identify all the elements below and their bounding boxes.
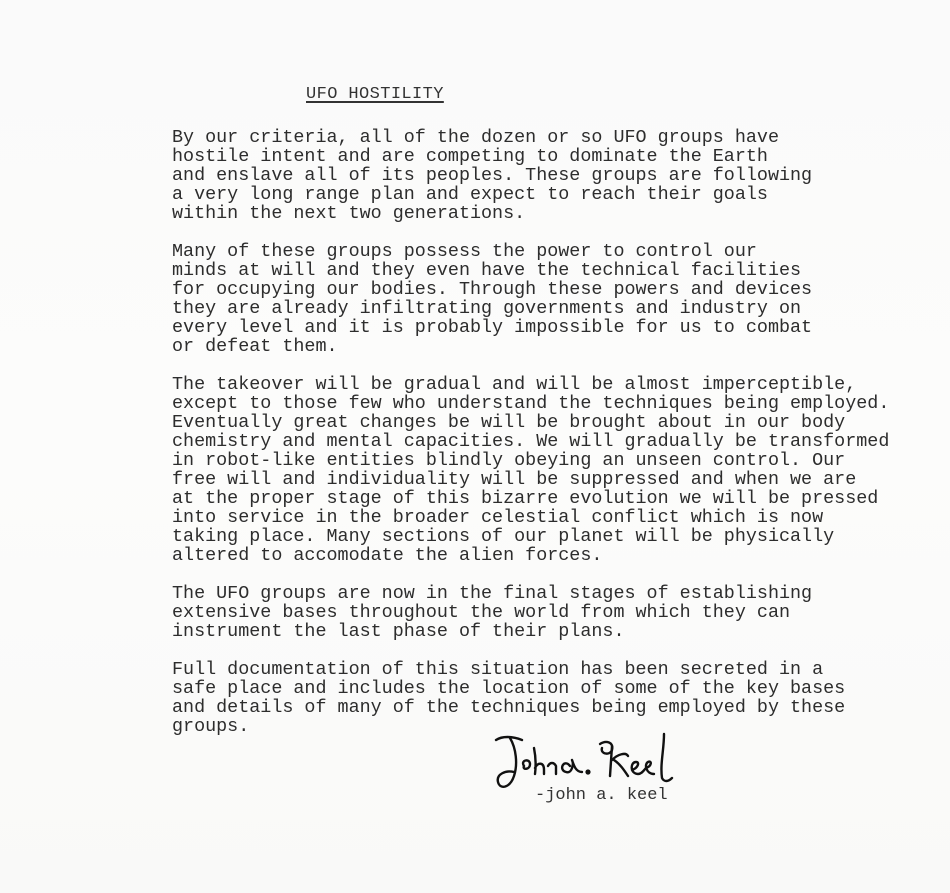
document-page: UFO HOSTILITY By our criteria, all of th… — [0, 0, 950, 893]
text-line: in robot-like entities blindly obeying a… — [172, 451, 932, 470]
paragraph: The UFO groups are now in the final stag… — [172, 584, 932, 641]
text-line: free will and individuality will be supp… — [172, 470, 932, 489]
text-line: The UFO groups are now in the final stag… — [172, 584, 932, 603]
document-title: UFO HOSTILITY — [306, 85, 444, 104]
paragraph: Many of these groups possess the power t… — [172, 242, 932, 356]
text-line: for occupying our bodies. Through these … — [172, 280, 932, 299]
text-line: within the next two generations. — [172, 204, 932, 223]
text-line: chemistry and mental capacities. We will… — [172, 432, 932, 451]
text-line: hostile intent and are competing to domi… — [172, 147, 932, 166]
text-line: except to those few who understand the t… — [172, 394, 932, 413]
paragraph: The takeover will be gradual and will be… — [172, 375, 932, 565]
text-line: every level and it is probably impossibl… — [172, 318, 932, 337]
text-line: By our criteria, all of the dozen or so … — [172, 128, 932, 147]
text-line: Many of these groups possess the power t… — [172, 242, 932, 261]
typed-signature-name: -john a. keel — [535, 786, 668, 805]
signature-scribble-icon — [488, 730, 698, 792]
text-line: minds at will and they even have the tec… — [172, 261, 932, 280]
handwritten-signature — [488, 730, 698, 792]
text-line: altered to accomodate the alien forces. — [172, 546, 932, 565]
text-line: taking place. Many sections of our plane… — [172, 527, 932, 546]
document-body: By our criteria, all of the dozen or so … — [172, 128, 932, 755]
text-line: instrument the last phase of their plans… — [172, 622, 932, 641]
text-line: a very long range plan and expect to rea… — [172, 185, 932, 204]
text-line: into service in the broader celestial co… — [172, 508, 932, 527]
text-line: extensive bases throughout the world fro… — [172, 603, 932, 622]
text-line: they are already infiltrating government… — [172, 299, 932, 318]
text-line: Eventually great changes be will be brou… — [172, 413, 932, 432]
paragraph: Full documentation of this situation has… — [172, 660, 932, 736]
text-line: The takeover will be gradual and will be… — [172, 375, 932, 394]
text-line: and enslave all of its peoples. These gr… — [172, 166, 932, 185]
text-line: Full documentation of this situation has… — [172, 660, 932, 679]
text-line: or defeat them. — [172, 337, 932, 356]
text-line: and details of many of the techniques be… — [172, 698, 932, 717]
paragraph: By our criteria, all of the dozen or so … — [172, 128, 932, 223]
text-line: at the proper stage of this bizarre evol… — [172, 489, 932, 508]
text-line: safe place and includes the location of … — [172, 679, 932, 698]
